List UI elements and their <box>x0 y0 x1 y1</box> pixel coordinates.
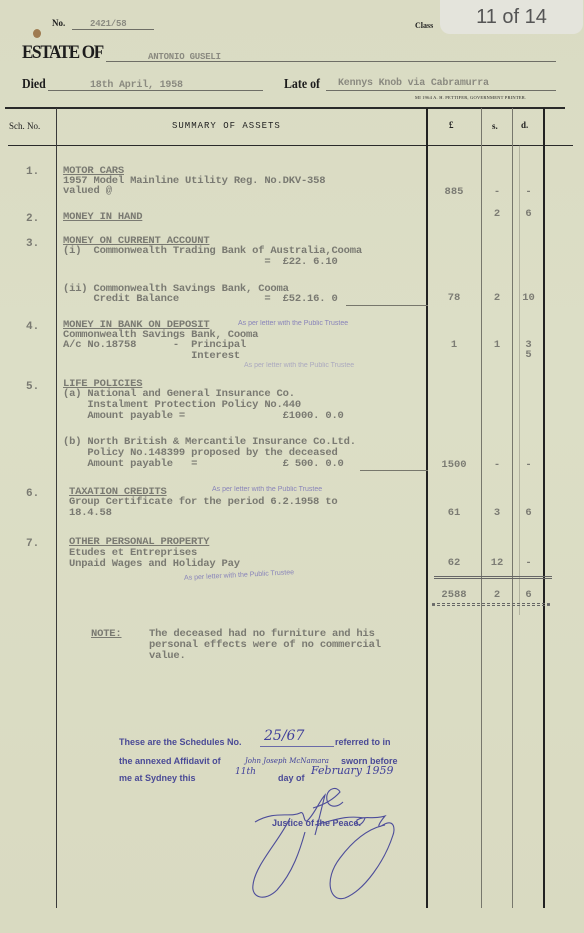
amount-pounds: 62 <box>428 557 480 569</box>
amount-shillings: - <box>482 459 512 471</box>
note-line: value. <box>149 651 186 661</box>
printer-note: MI 1964 A. H. PETTIFER, GOVERNMENT PRINT… <box>415 95 526 100</box>
asset-line: Instalment Protection Policy No.440 <box>63 400 301 410</box>
sch-number: 7. <box>26 538 39 550</box>
amount-pence: 6 <box>514 507 543 519</box>
note-label: NOTE: <box>91 629 122 639</box>
col-divider-right <box>543 108 545 908</box>
subtotal-underline <box>346 305 428 306</box>
note-line: personal effects were of no commercial <box>149 640 381 650</box>
document-page: 11 of 14 No. 2421/58 Class ESTATE OF ANT… <box>0 0 584 933</box>
total-rule-bottom <box>432 603 550 606</box>
asset-line: Credit Balance = £52.16. 0 <box>63 294 338 304</box>
public-trustee-stamp: As per letter with the Public Trustee <box>244 362 354 369</box>
amount-shillings: - <box>482 186 512 198</box>
page-indicator: 11 of 14 <box>440 0 583 34</box>
col-divider-pence <box>512 108 513 908</box>
amount-shillings: 12 <box>482 557 512 569</box>
subtotal-underline <box>360 470 428 471</box>
amount-pounds: 61 <box>428 507 480 519</box>
header-summary: SUMMARY OF ASSETS <box>172 121 281 131</box>
col-divider-sch <box>56 108 57 908</box>
asset-line: Group Certificate for the period 6.2.195… <box>69 497 337 507</box>
jp-signature <box>245 780 415 905</box>
asset-line: Etudes et Entreprises <box>69 548 197 558</box>
page-indicator-text: 11 of 14 <box>476 6 547 29</box>
amount-pounds: 885 <box>428 186 480 198</box>
total-rule-top <box>434 576 552 579</box>
header-pounds: £ <box>449 120 454 130</box>
amount-pence: - <box>514 459 543 471</box>
schedule-no-underline <box>260 746 334 747</box>
amount-pence: - <box>514 186 543 198</box>
month-year-value: February 1959 <box>311 764 393 777</box>
asset-line: (a) National and General Insurance Co. <box>63 389 295 399</box>
day-value: 11th <box>235 767 256 777</box>
late-of-underline <box>326 90 556 91</box>
no-value: 2421/58 <box>90 19 126 29</box>
asset-line: Interest <box>63 351 240 361</box>
estate-value: ANTONIO GUSELI <box>148 52 221 62</box>
no-label: No. <box>52 18 65 28</box>
asset-line: = £22. 6.10 <box>63 257 338 267</box>
public-trustee-stamp: As per letter with the Public Trustee <box>212 486 322 493</box>
amount-pence-interest: 5 <box>514 349 543 361</box>
asset-line: Amount payable = £ 500. 0.0 <box>63 459 344 469</box>
amount-pounds: 1500 <box>428 459 480 471</box>
asset-line: (b) North British & Mercantile Insurance… <box>63 437 356 447</box>
cert-line1-suffix: referred to in <box>335 737 391 747</box>
late-of-value: Kennys Knob via Cabramurra <box>338 79 489 89</box>
sch-number: 1. <box>26 166 39 178</box>
asset-line: A/c No.18758 - Principal <box>63 340 246 350</box>
asset-line: Policy No.148399 proposed by the decease… <box>63 448 338 458</box>
amount-pounds: 1 <box>428 339 480 351</box>
total-pence: 6 <box>514 589 543 601</box>
died-value: 18th April, 1958 <box>90 81 183 91</box>
amount-shillings: 1 <box>482 339 512 351</box>
sch-number: 3. <box>26 238 39 250</box>
asset-line: (i) Commonwealth Trading Bank of Austral… <box>63 246 362 256</box>
amount-shillings: 2 <box>482 292 512 304</box>
header-pence: d. <box>521 120 528 130</box>
asset-line: Amount payable = £1000. 0.0 <box>63 411 344 421</box>
amount-shillings: 3 <box>482 507 512 519</box>
header-sch-no: Sch. No. <box>9 121 40 131</box>
header-shillings: s. <box>492 121 498 131</box>
sch-number: 4. <box>26 321 39 333</box>
sch-number: 2. <box>26 213 39 225</box>
estate-of-label: ESTATE OF <box>22 42 103 64</box>
amount-pence: - <box>514 557 543 569</box>
asset-line: valued @ <box>63 186 112 196</box>
amount-pence: 10 <box>514 292 543 304</box>
sch-number: 5. <box>26 381 39 393</box>
public-trustee-stamp: As per letter with the Public Trustee <box>238 320 348 327</box>
note-line: The deceased had no furniture and his <box>149 629 375 639</box>
table-header-rule <box>8 145 573 146</box>
no-underline <box>72 29 154 30</box>
asset-line: 18.4.58 <box>69 508 112 518</box>
public-trustee-stamp: As per letter with the Public Trustee <box>184 569 294 582</box>
died-label: Died <box>22 77 46 93</box>
stain-mark <box>33 29 41 38</box>
asset-heading: MONEY IN HAND <box>63 212 142 222</box>
cert-line1-prefix: These are the Schedules No. <box>119 737 242 747</box>
cert-line3-prefix: me at Sydney this <box>119 773 196 783</box>
asset-heading: OTHER PERSONAL PROPERTY <box>69 537 209 547</box>
class-label: Class <box>415 21 433 30</box>
amount-pence: 6 <box>514 208 543 220</box>
schedule-no-value: 25/67 <box>264 728 304 744</box>
sch-number: 6. <box>26 488 39 500</box>
signatory-title: Justice of the Peace. <box>272 818 361 828</box>
amount-shillings: 2 <box>482 208 512 220</box>
total-shillings: 2 <box>482 589 512 601</box>
cert-line2-prefix: the annexed Affidavit of <box>119 756 221 766</box>
late-of-label: Late of <box>284 77 320 93</box>
amount-pounds: 78 <box>428 292 480 304</box>
total-pounds: 2588 <box>428 589 480 601</box>
asset-line: Unpaid Wages and Holiday Pay <box>69 559 240 569</box>
